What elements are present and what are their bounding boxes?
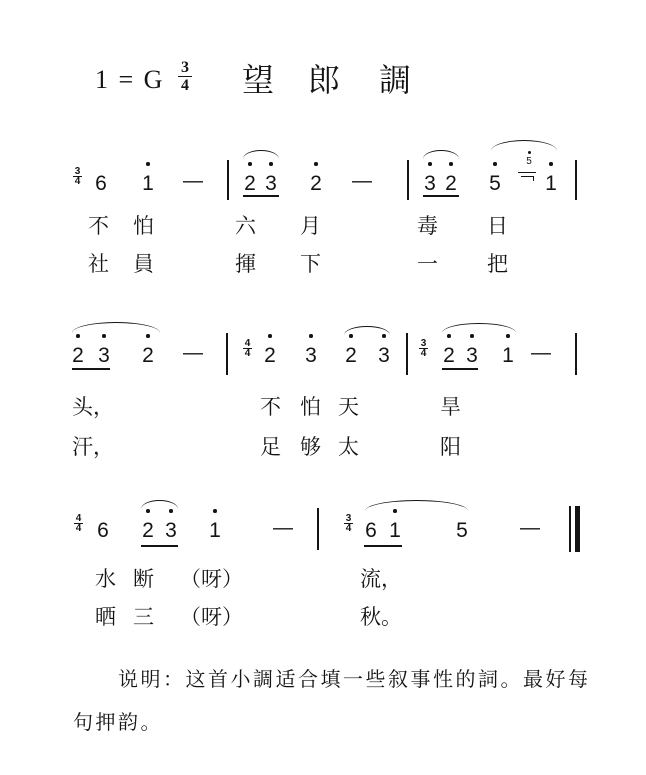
lyric: 不 bbox=[260, 396, 281, 418]
note-high: 1 bbox=[140, 173, 156, 194]
lyric: （呀） bbox=[180, 568, 243, 590]
note-high: 2 bbox=[70, 345, 86, 366]
note-high: 2 bbox=[441, 345, 457, 366]
sustain-dash: — bbox=[181, 343, 205, 363]
slur bbox=[423, 150, 459, 159]
eighth-underline bbox=[141, 545, 178, 547]
note: 6 bbox=[95, 520, 111, 541]
slur bbox=[141, 500, 178, 509]
lyric: 旱 bbox=[440, 396, 461, 418]
lyric: 汗， bbox=[72, 436, 114, 458]
eighth-underline bbox=[72, 368, 110, 370]
lyric: 头， bbox=[72, 396, 114, 418]
note-high: 3 bbox=[303, 345, 319, 366]
note-high: 5 bbox=[487, 173, 503, 194]
note-high: 1 bbox=[543, 173, 559, 194]
lyric: 六 bbox=[235, 215, 256, 237]
lyric: 秋。 bbox=[360, 606, 402, 628]
time-signature-top: 3 bbox=[343, 514, 354, 523]
note: 5 bbox=[454, 520, 470, 541]
explanation-line-2: 句押韵。 bbox=[73, 711, 163, 733]
grace-note: 5 bbox=[524, 157, 534, 167]
lyric: 社 bbox=[88, 253, 109, 275]
note-high: 2 bbox=[443, 173, 459, 194]
note-high: 3 bbox=[263, 173, 279, 194]
song-title-char: 郎 bbox=[308, 63, 340, 97]
note: 6 bbox=[93, 173, 109, 194]
time-signature-top: 3 bbox=[418, 339, 429, 348]
final-barline-thin bbox=[569, 506, 571, 552]
time-signature-bottom: 4 bbox=[343, 524, 354, 533]
note-high: 1 bbox=[500, 345, 516, 366]
lyric: 断 bbox=[133, 568, 154, 590]
barline bbox=[575, 333, 577, 375]
lyric: 水 bbox=[95, 568, 116, 590]
note-high: 3 bbox=[376, 345, 392, 366]
barline bbox=[406, 333, 408, 375]
time-signature: 3 4 bbox=[343, 514, 354, 533]
lyric: 足 bbox=[260, 436, 281, 458]
note-high: 2 bbox=[242, 173, 258, 194]
note-high: 1 bbox=[387, 520, 403, 541]
ornament-icon bbox=[518, 172, 536, 179]
key-signature: 1 = G bbox=[95, 66, 162, 94]
lyric: 怕 bbox=[133, 215, 154, 237]
time-signature-bottom: 4 bbox=[418, 349, 429, 358]
time-signature: 3 4 bbox=[418, 339, 429, 358]
sustain-dash: — bbox=[271, 518, 295, 538]
time-signature-top: 4 bbox=[73, 514, 84, 523]
header-time-signature: 3 4 bbox=[176, 60, 194, 93]
time-signature-top: 3 bbox=[72, 167, 83, 176]
song-title-char: 調 bbox=[379, 63, 411, 97]
lyric: 揮 bbox=[235, 253, 256, 275]
time-signature: 4 4 bbox=[73, 514, 84, 533]
lyric: 够 bbox=[300, 436, 321, 458]
eighth-underline bbox=[442, 368, 478, 370]
lyric: 員 bbox=[133, 253, 154, 275]
lyric: （呀） bbox=[180, 606, 243, 628]
lyric: 流， bbox=[360, 568, 402, 590]
sustain-dash: — bbox=[181, 171, 205, 191]
lyric: 一 bbox=[417, 253, 438, 275]
barline bbox=[407, 160, 409, 200]
note: 6 bbox=[363, 520, 379, 541]
time-signature-bottom: 4 bbox=[176, 78, 194, 93]
lyric: 太 bbox=[338, 436, 359, 458]
lyric: 下 bbox=[300, 253, 321, 275]
note-high: 2 bbox=[308, 173, 324, 194]
slur bbox=[243, 150, 279, 159]
lyric: 三 bbox=[133, 606, 154, 628]
time-signature-top: 4 bbox=[242, 339, 253, 348]
slur bbox=[491, 140, 557, 151]
note-high: 3 bbox=[422, 173, 438, 194]
lyric: 日 bbox=[487, 215, 508, 237]
barline bbox=[227, 160, 229, 200]
time-signature-bottom: 4 bbox=[72, 177, 83, 186]
note-high: 3 bbox=[464, 345, 480, 366]
lyric: 怕 bbox=[300, 396, 321, 418]
barline bbox=[226, 333, 228, 375]
note-high: 3 bbox=[96, 345, 112, 366]
sustain-dash: — bbox=[529, 343, 553, 363]
time-signature-top: 3 bbox=[176, 60, 194, 75]
time-signature-bottom: 4 bbox=[73, 524, 84, 533]
eighth-underline bbox=[364, 545, 402, 547]
barline bbox=[575, 160, 577, 200]
song-title-char: 望 bbox=[242, 63, 274, 97]
slur bbox=[72, 322, 160, 333]
time-signature: 4 4 bbox=[242, 339, 253, 358]
time-signature-bottom: 4 bbox=[242, 349, 253, 358]
lyric: 毒 bbox=[417, 215, 438, 237]
slur bbox=[442, 323, 516, 333]
sustain-dash: — bbox=[518, 518, 542, 538]
note-high: 2 bbox=[140, 520, 156, 541]
note-high: 3 bbox=[163, 520, 179, 541]
lyric: 月 bbox=[300, 215, 321, 237]
sustain-dash: — bbox=[350, 171, 374, 191]
time-signature: 3 4 bbox=[72, 167, 83, 186]
note-high: 2 bbox=[343, 345, 359, 366]
eighth-underline bbox=[423, 195, 459, 197]
note-high: 2 bbox=[140, 345, 156, 366]
note-high: 1 bbox=[207, 520, 223, 541]
lyric: 阳 bbox=[440, 436, 461, 458]
final-barline-thick bbox=[575, 506, 580, 552]
explanation-line-1: 说明：这首小調适合填一些叙事性的詞。最好每 bbox=[118, 668, 591, 690]
note-high: 2 bbox=[262, 345, 278, 366]
lyric: 不 bbox=[88, 215, 109, 237]
barline bbox=[317, 508, 319, 550]
eighth-underline bbox=[243, 195, 279, 197]
lyric: 天 bbox=[338, 396, 359, 418]
slur bbox=[365, 500, 468, 511]
lyric: 把 bbox=[487, 253, 508, 275]
lyric: 晒 bbox=[95, 606, 116, 628]
